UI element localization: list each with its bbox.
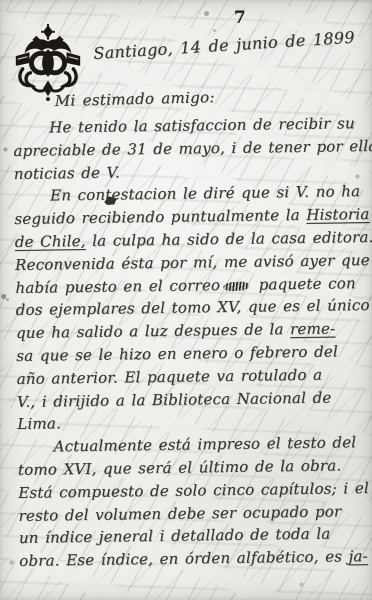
underlined-text-segment: reme- xyxy=(290,320,335,339)
text-segment: había puesto en el correo xyxy=(15,276,220,297)
text-segment: resto del volumen debe ser ocupado por xyxy=(18,502,341,525)
text-segment: seguido recibiendo puntualmente la xyxy=(14,206,306,228)
text-segment: Está compuesto de solo cinco capítulos; … xyxy=(18,479,369,502)
salutation: Mi estimado amigo: xyxy=(55,88,215,110)
text-segment: obra. Ese índice, en órden alfabético, e… xyxy=(19,547,349,570)
scanned-letter-page: 7 Santiago, 14 de junio de 1899 Mi estim… xyxy=(0,0,372,600)
dateline: Santiago, 14 de junio de 1899 xyxy=(93,29,334,63)
crossed-out-word xyxy=(223,281,250,292)
text-segment: tomo XVI, que será el último de la obra. xyxy=(18,456,342,479)
letter-body: He tenido la satisfaccion de recibir su … xyxy=(13,112,360,573)
text-segment: sa que se le hizo en enero o febrero del xyxy=(16,342,338,364)
text-segment: año anterior. El paquete va rotulado a xyxy=(17,365,323,387)
underlined-text-segment: de Chile, xyxy=(15,232,86,251)
text-segment: apreciable de 31 de mayo, i de tener por… xyxy=(13,137,372,160)
text-segment: paquete con xyxy=(252,274,356,293)
text-segment: un índice jeneral i detallado de toda la xyxy=(19,525,331,547)
text-segment: noticias de V. xyxy=(14,163,120,182)
text-segment: Reconvenida ésta por mí, me avisó ayer q… xyxy=(15,251,370,274)
underlined-text-segment: ja- xyxy=(348,547,368,565)
text-segment: la culpa ha sido de la casa editora. xyxy=(86,228,372,250)
text-segment: que ha salido a luz despues de la xyxy=(16,320,290,342)
text-segment: dos ejemplares del tomo XV, que es el ún… xyxy=(16,296,370,319)
text-segment: Actualmente está impreso el testo del xyxy=(53,433,356,455)
text-segment: En contestacion le diré que si V. no ha xyxy=(50,183,360,205)
paper-specks xyxy=(0,0,3,3)
underlined-text-segment: Historia xyxy=(306,205,369,224)
text-segment: V., i dirijido a la Biblioteca Nacional … xyxy=(17,388,332,410)
manuscript-line: apreciable de 31 de mayo, i de tener por… xyxy=(13,135,354,163)
text-segment: He tenido la satisfaccion de recibir su xyxy=(49,114,355,136)
page-number: 7 xyxy=(228,8,252,28)
letterhead-monogram-icon xyxy=(14,24,82,102)
manuscript-line: obra. Ese índice, en órden alfabético, e… xyxy=(19,545,360,573)
text-segment: Lima. xyxy=(17,415,61,434)
